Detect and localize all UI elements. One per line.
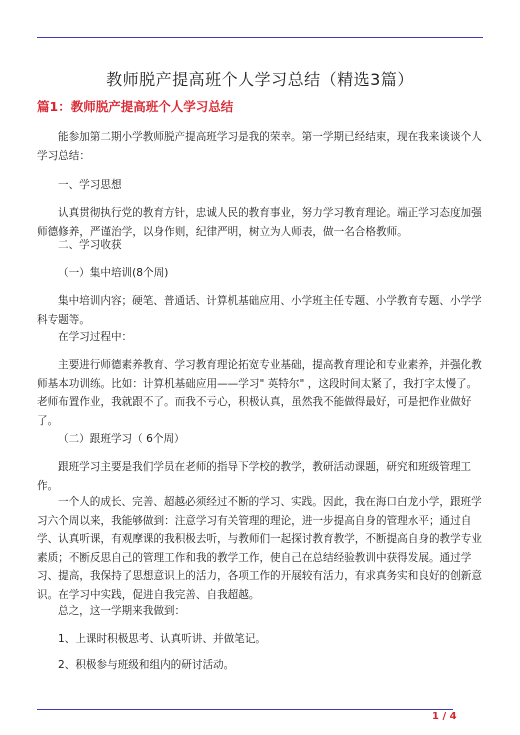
paragraph: 主要进行师德素养教育、学习教育理论拓宽专业基础，提高教育理论和专业素养，并强化教… — [37, 356, 483, 430]
paragraph: 2、积极参与班级和组内的研讨活动。 — [37, 656, 483, 675]
paragraph: （二）跟班学习（ 6个周） — [37, 430, 483, 449]
paragraph: 一、学习思想 — [37, 176, 483, 195]
footer-rule — [37, 709, 453, 710]
paragraph: 总之，这一学期来我做到： — [37, 602, 483, 621]
paragraph: 二、学习收获 — [37, 236, 483, 255]
paragraph: 一个人的成长、完善、超越必须经过不断的学习、实践。因此，我在海口白龙小学，跟班学… — [37, 493, 483, 604]
paragraph: 集中培训内容；硬笔、普通话、计算机基础应用、小学班主任专题、小学教育专题、小学学… — [37, 292, 483, 329]
paragraph: 1、上课时积极思考、认真听讲、并做笔记。 — [37, 630, 483, 649]
paragraph: 能参加第二期小学教师脱产提高班学习是我的荣幸。第一学期已经结束，现在我来谈谈个人… — [37, 128, 483, 165]
paragraph: 在学习过程中： — [37, 328, 483, 347]
page-indicator: 1 / 4 — [432, 711, 457, 722]
section-heading: 篇1：教师脱产提高班个人学习总结 — [37, 97, 233, 115]
paragraph: （一）集中培训(8个周) — [37, 264, 483, 283]
paragraph: 跟班学习主要是我们学员在老师的指导下学校的教学，教研活动课题，研究和班级管理工作… — [37, 458, 483, 495]
document-title: 教师脱产提高班个人学习总结（精选3篇） — [0, 67, 520, 90]
header-rule — [37, 37, 483, 38]
